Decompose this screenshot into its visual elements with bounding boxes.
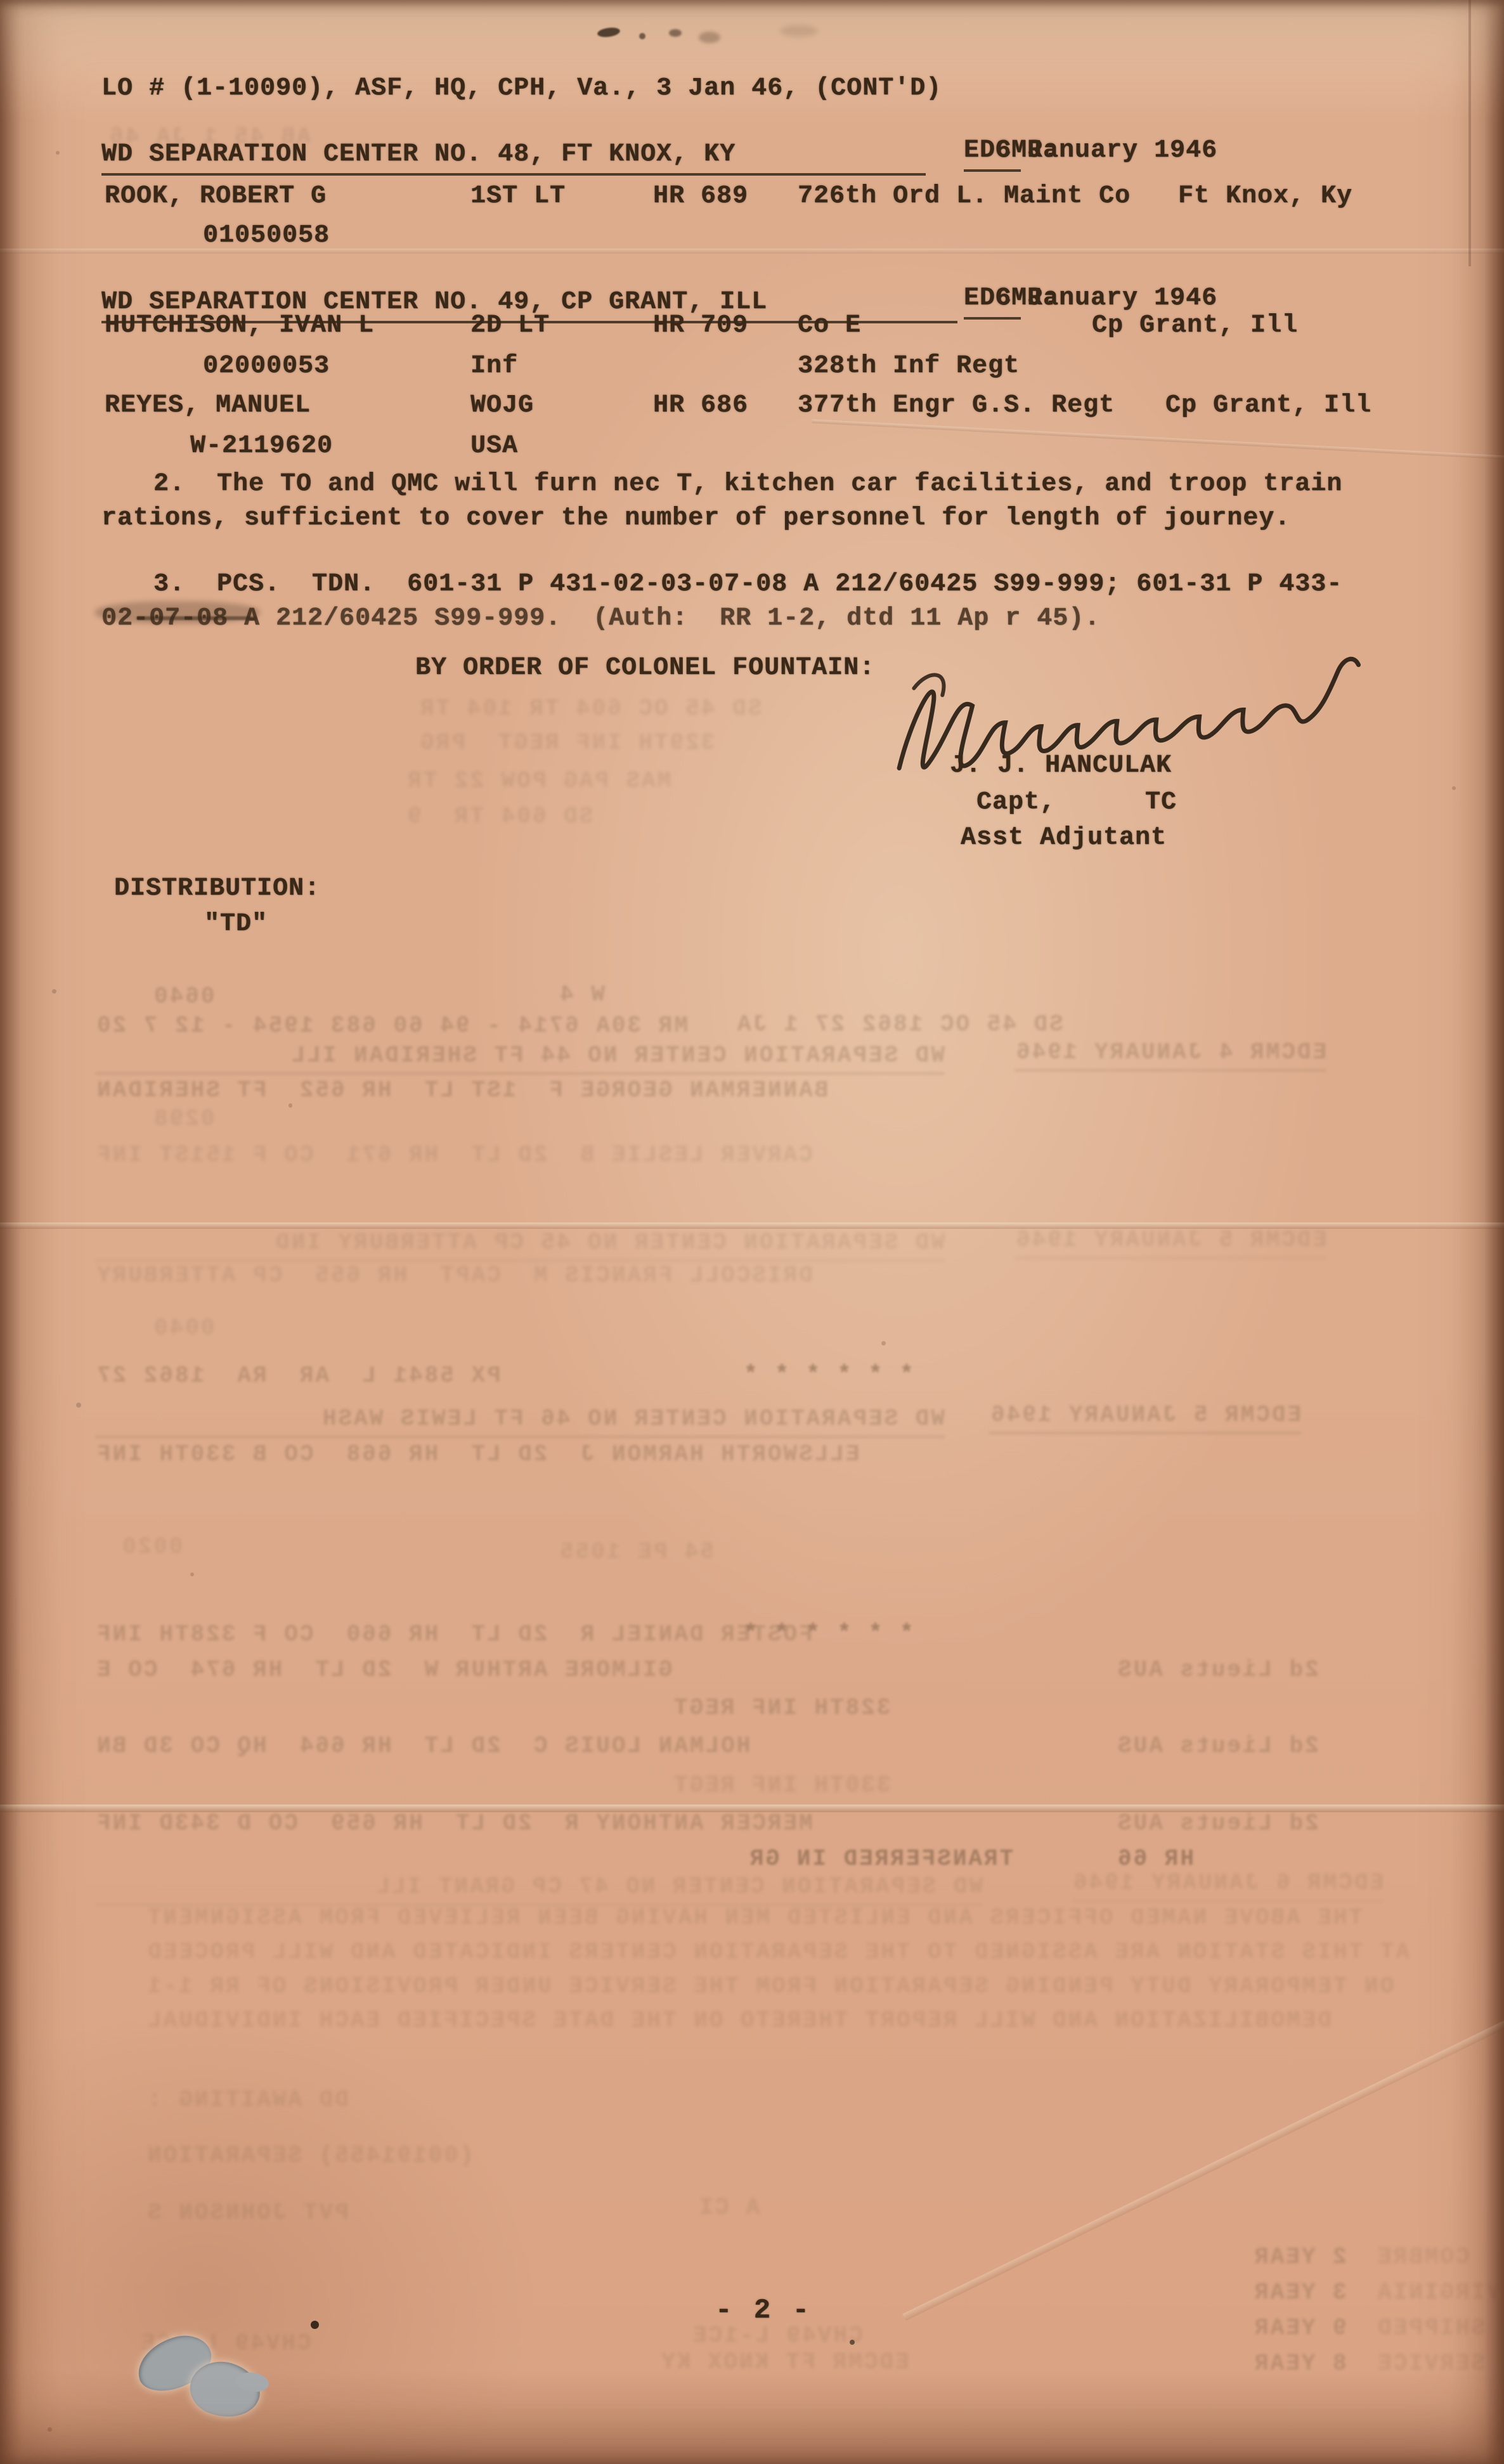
bleedthrough-line: A CI	[697, 2195, 760, 2221]
entry-station: Cp Grant, Ill	[1092, 312, 1298, 340]
ink-smudge	[669, 29, 682, 37]
bleedthrough-line: 329TH INF REGT PRG	[418, 730, 715, 756]
bleedthrough-line: MERCER ANTHONY R 2D LT HR 659 CO D 343D …	[95, 1811, 813, 1836]
bleedthrough-line: 0020	[120, 1534, 183, 1560]
speck	[190, 1572, 194, 1576]
bleedthrough-line: 2d Lieuts AUS	[1116, 1734, 1319, 1759]
continuation-header: LO # (1-10090), ASF, HQ, CPH, Va., 3 Jan…	[101, 75, 942, 103]
bleedthrough-line: MR 30A 6714 - 94 60 683 1954 - 12 7 20	[95, 1013, 688, 1039]
bleedthrough-line: DRISCOLL FRANCIS M CAPT HR 655 CP ATTERB…	[95, 1263, 813, 1288]
page-number: - 2 -	[715, 2297, 812, 2325]
signer-branch: TC	[1145, 789, 1177, 817]
bleedthrough-line: HR 66	[1116, 1846, 1194, 1872]
entry-serial: W-2119620	[190, 432, 333, 460]
bleedthrough-line: 330TH INF REGT	[672, 1773, 890, 1798]
bleedthrough-line: AT THIS STATION ARE ASSIGNED TO THE SEPA…	[146, 1940, 1410, 1965]
ink-smudge	[639, 33, 645, 39]
bleedthrough-line: WD SEPARATION CENTER NO 47 CP GRANT ILL	[95, 1874, 983, 1906]
entry-grade: 1ST LT	[470, 183, 566, 211]
paragraph-3-line-2: 02-07-08 A 212/60425 S99-999. (Auth: RR …	[101, 605, 1100, 633]
order-line: BY ORDER OF COLONEL FOUNTAIN:	[415, 654, 875, 682]
bleedthrough-line: 2d Lieuts AUS	[1116, 1657, 1319, 1683]
speck	[76, 1403, 81, 1408]
paragraph-2-line-2: rations, sufficient to cover the number …	[101, 505, 1290, 533]
section-heading: WD SEPARATION CENTER NO. 48, FT KNOX, KY	[101, 141, 926, 176]
entry-station: Cp Grant, Ill	[1165, 392, 1371, 420]
bleedthrough-line: THE ABOVE NAMED OFFICERS AND ENLISTED ME…	[146, 1905, 1363, 1931]
entry-unit: 377th Engr G.S. Regt	[798, 392, 1115, 420]
entry-name: HUTCHISON, IVAN L	[105, 312, 374, 340]
bleedthrough-line: CARVER LESLIE B 2D LT HR 671 CO F 151ST …	[95, 1143, 813, 1168]
entry-name: REYES, MANUEL	[105, 392, 311, 420]
bleedthrough-line: 2 YEAR	[1253, 2245, 1347, 2270]
ink-smudge	[597, 27, 621, 39]
bleedthrough-line: 0298	[152, 1106, 214, 1132]
bleedthrough-line: PX 5841 L AR RA 1862 27	[95, 1363, 501, 1389]
bleedthrough-line: ELLSWORTH HARMON J 2D LT HR 668 CO B 330…	[95, 1442, 860, 1467]
bleedthrough-line: WD SEPARATION CENTER NO 46 FT LEWIS WASH	[95, 1406, 945, 1438]
speck	[1452, 786, 1456, 790]
bleedthrough-line: 0640	[152, 984, 214, 1009]
entry-grade: 2D LT	[470, 312, 550, 340]
bleedthrough-line: DD AWAITING :	[146, 2087, 349, 2113]
bleedthrough-line: * * * * * *	[742, 1362, 914, 1387]
speck	[881, 1341, 886, 1345]
wrinkle	[812, 419, 1504, 460]
bleedthrough-line: 9 YEAR	[1253, 2316, 1347, 2341]
wrinkle	[1468, 0, 1471, 266]
bleedthrough-line: 54 PE 1055	[558, 1540, 714, 1565]
bleedthrough-line: EDCMR 5 JANUARY 1946	[989, 1403, 1301, 1434]
entry-name: ROOK, ROBERT G	[105, 183, 327, 211]
signer-name: J. J. HANCULAK	[950, 752, 1172, 780]
entry-hr: HR 686	[653, 392, 748, 420]
bleedthrough-line: SD 45 OC 604 TR 104 TR	[418, 696, 762, 722]
entry-unit: Co E	[798, 312, 861, 340]
bleedthrough-line: * * * * * *	[742, 1621, 914, 1646]
entry-hr: HR 689	[653, 183, 748, 211]
bleedthrough-line: SERVICE	[1376, 2351, 1485, 2376]
bleedthrough-line: 3 YEAR	[1253, 2280, 1347, 2305]
bleedthrough-line: WD SEPARATION CENTER NO 44 FT SHERIDAN I…	[95, 1043, 945, 1075]
entry-serial: 01050058	[203, 222, 330, 250]
entry-station: Ft Knox, Ky	[1178, 183, 1352, 211]
bleedthrough-line: PVT JOHNSON S	[146, 2200, 349, 2226]
edcmr-date: 6 January 1946	[995, 137, 1217, 165]
speck	[48, 2427, 52, 2432]
signer-rank: Capt,	[976, 789, 1056, 817]
bleedthrough-line: MAS PAG POW 22 TR	[406, 768, 671, 794]
bleedthrough-line: EDCMR 6 JANUARY 1946	[1072, 1871, 1384, 1902]
bleedthrough-line: HOLMAN LOUIS C 2D LT HR 664 HQ CO 3D BN	[95, 1734, 750, 1759]
bleedthrough-line: BANNERMAN GEORGE F 1ST LT HR 652 FT SHER…	[95, 1078, 828, 1103]
bleedthrough-line: 0040	[152, 1316, 214, 1341]
entry-serial: 02000053	[203, 353, 330, 380]
speck	[288, 1103, 292, 1108]
bleedthrough-line: SHIPPED	[1376, 2316, 1485, 2341]
bleedthrough-line: EDCMR FT KNOX KY	[659, 2350, 909, 2375]
bleedthrough-line: WD SEPARATION CENTER NO 45 CP ATTERBURY …	[95, 1230, 945, 1262]
entry-unit: 726th Ord L. Maint Co	[798, 183, 1131, 211]
entry-branch: USA	[470, 432, 518, 460]
bleedthrough-line: ON TEMPORARY DUTY PENDING SEPARATION FRO…	[146, 1974, 1394, 1999]
ink-smudge	[699, 32, 720, 43]
bleedthrough-line: COMBRE	[1376, 2245, 1470, 2270]
edcmr-date: 6 January 1946	[995, 285, 1217, 313]
bleedthrough-line: TRANSFERRED IN GR	[748, 1846, 1013, 1872]
bleedthrough-line: SD 45 OC 1862 27 1 JA	[736, 1012, 1063, 1037]
signer-title: Asst Adjutant	[961, 824, 1167, 852]
bleedthrough-line: EDCMR 5 JANUARY 1946	[1015, 1228, 1326, 1259]
bleedthrough-line: DEMOBILIZATION AND WILL REPORT THERETO O…	[146, 2008, 1332, 2033]
bleedthrough-line: FOSTER DANIEL R 2D LT HR 660 CO F 328TH …	[95, 1622, 813, 1647]
distribution-label: DISTRIBUTION:	[114, 875, 320, 903]
scanned-document-page: AB 45 1 JA 46 SD 45 OC 604 TR 104 TR 329…	[0, 0, 1504, 2464]
ink-smudge	[780, 25, 818, 37]
speck	[850, 2340, 855, 2345]
bleedthrough-line: GILMORE ARTHUR W 2D LT HR 674 CO E	[95, 1657, 672, 1683]
paragraph-3-line-1: 3. PCS. TDN. 601-31 P 431-02-03-07-08 A …	[153, 571, 1342, 599]
bleedthrough-line: 8 YEAR	[1253, 2351, 1347, 2376]
bleedthrough-line: 2d Lieuts AUS	[1116, 1811, 1319, 1836]
bleedthrough-line: 328TH INF REGT	[672, 1696, 890, 1721]
speck	[52, 989, 56, 994]
speck	[311, 2321, 319, 2329]
bleedthrough-line: VIRGINIA	[1376, 2280, 1501, 2305]
entry-grade: WOJG	[470, 392, 534, 420]
entry-unit2: 328th Inf Regt	[798, 353, 1020, 380]
bleedthrough-line: W 4	[558, 982, 605, 1008]
speck	[56, 151, 60, 155]
paragraph-2-line-1: 2. The TO and QMC will furn nec T, kitch…	[153, 470, 1342, 498]
bleedthrough-line: (00191455) SEPARATION	[146, 2143, 474, 2169]
entry-hr: HR 709	[653, 312, 748, 340]
bleedthrough-line: SD 604 TR 9	[406, 804, 593, 829]
bleedthrough-line: EDCMR 4 JANUARY 1946	[1015, 1040, 1326, 1072]
entry-branch: Inf	[470, 353, 518, 380]
bleedthrough-line: CHV49 L-1CE	[691, 2323, 863, 2349]
distribution-value: "TD"	[204, 911, 268, 938]
